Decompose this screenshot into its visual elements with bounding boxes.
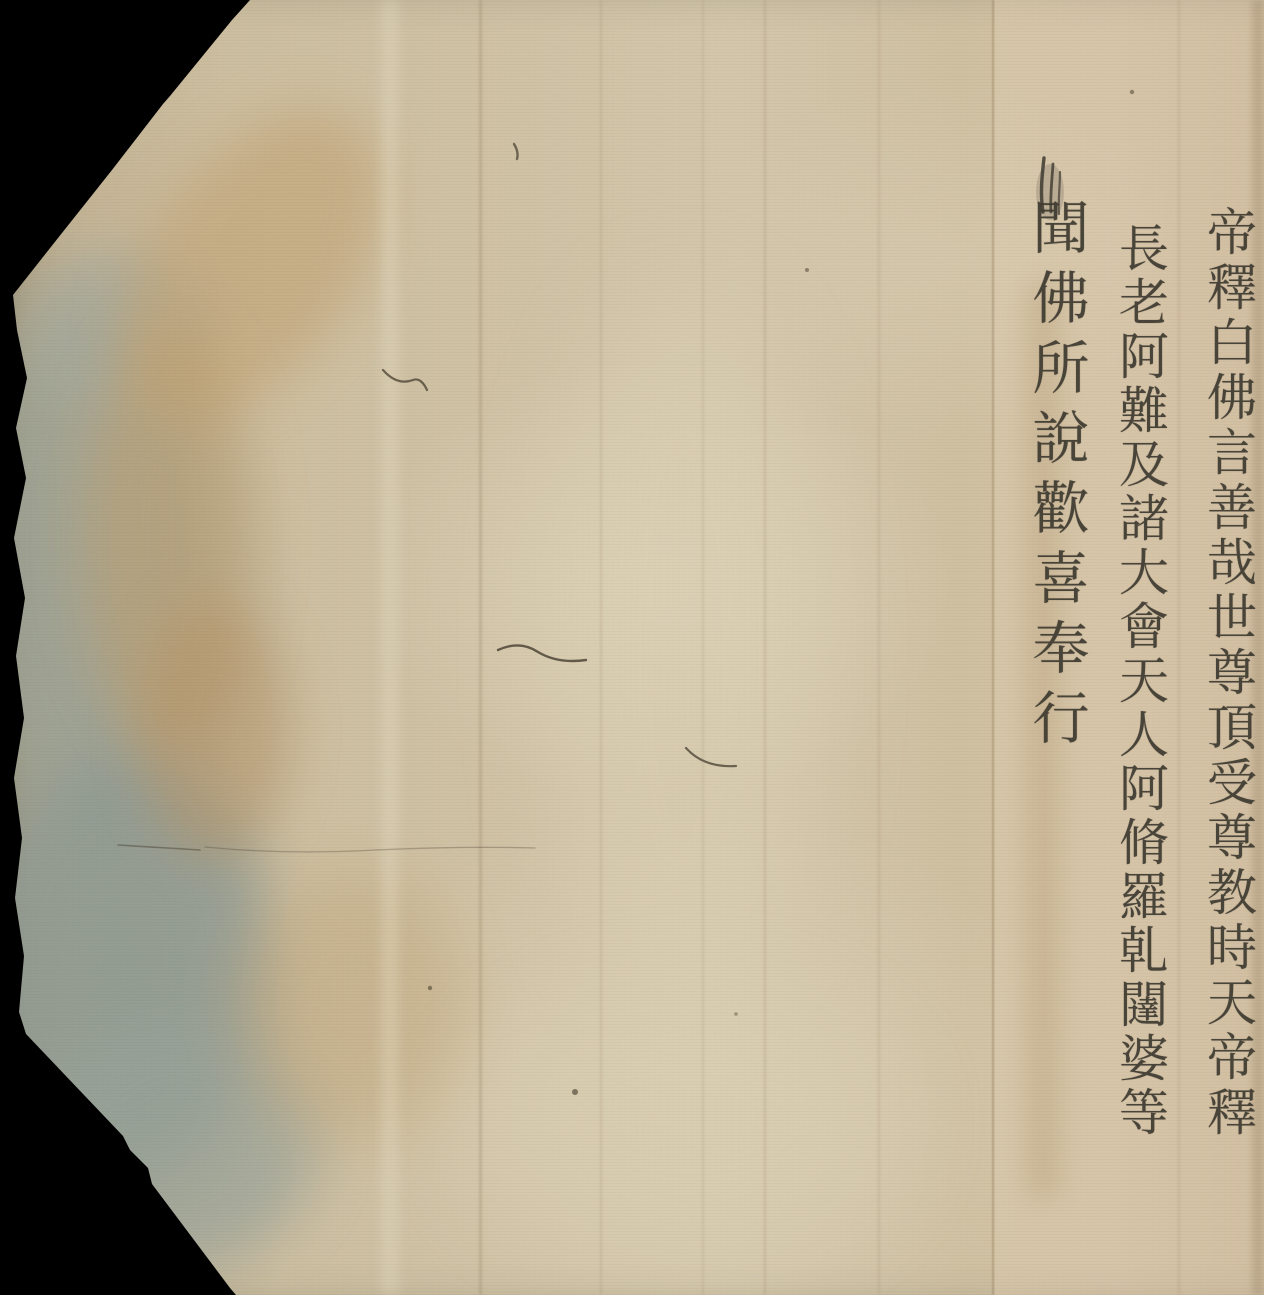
crease-line-6 bbox=[1178, 0, 1180, 1295]
crack-middle bbox=[498, 645, 586, 661]
crack-right bbox=[686, 748, 736, 766]
crack-horizontal-left bbox=[118, 845, 200, 850]
ink-smear bbox=[1036, 158, 1064, 220]
stain-brown-streak-right bbox=[1024, 280, 1060, 1200]
speck-2 bbox=[572, 1089, 578, 1095]
speck-top-center bbox=[514, 144, 518, 159]
paper-grain-texture bbox=[0, 0, 1264, 1295]
stain-light-center bbox=[548, 290, 818, 1010]
crease-line-4 bbox=[764, 0, 766, 1295]
stain-gray-left-lower bbox=[0, 756, 272, 1180]
manuscript-photo: 帝釋白佛言善哉世尊頂受尊教時天帝釋 長老阿難及諸大會天人阿脩羅乹闥婆等 聞佛所說… bbox=[0, 0, 1264, 1295]
stain-tan-bottom-left bbox=[236, 872, 466, 1140]
speck-1 bbox=[428, 986, 432, 990]
text-column-middle: 長老阿難及諸大會天人阿脩羅乹闥婆等 bbox=[1104, 222, 1176, 1140]
crack-horizontal-long bbox=[205, 847, 535, 852]
text-column-right: 帝釋白佛言善哉世尊頂受尊教時天帝釋 bbox=[1192, 206, 1264, 1141]
stain-brown-left-mid bbox=[140, 600, 290, 860]
paper-sheet: 帝釋白佛言善哉世尊頂受尊教時天帝釋 長老阿難及諸大會天人阿脩羅乹闥婆等 聞佛所說… bbox=[0, 0, 1264, 1295]
crease-line-3 bbox=[702, 0, 704, 1295]
speck-3 bbox=[805, 268, 809, 272]
stain-right-panel-tint bbox=[995, 0, 1264, 1295]
speck-5 bbox=[734, 1012, 738, 1016]
stain-gray-left-upper bbox=[0, 296, 218, 820]
stain-brown-left-band bbox=[86, 326, 254, 756]
crease-line-1 bbox=[479, 0, 482, 1295]
text-column-left: 聞佛所說歡喜奉行 bbox=[1015, 198, 1097, 758]
stain-light-bottom bbox=[470, 990, 900, 1260]
crease-line-5 bbox=[878, 0, 880, 1295]
crack-upper bbox=[383, 370, 427, 390]
stain-gray-top-edge bbox=[26, 248, 212, 416]
stain-gray-bottom-corner bbox=[34, 1016, 320, 1266]
crease-fold-main bbox=[992, 0, 994, 1295]
crease-line-2 bbox=[600, 0, 602, 1295]
speck-4 bbox=[1130, 90, 1134, 94]
damage-marks bbox=[0, 0, 1264, 1295]
stain-brown-diagonal bbox=[69, 60, 437, 463]
crease-line-light bbox=[382, 0, 398, 1295]
crease-right-edge bbox=[1252, 0, 1264, 1295]
